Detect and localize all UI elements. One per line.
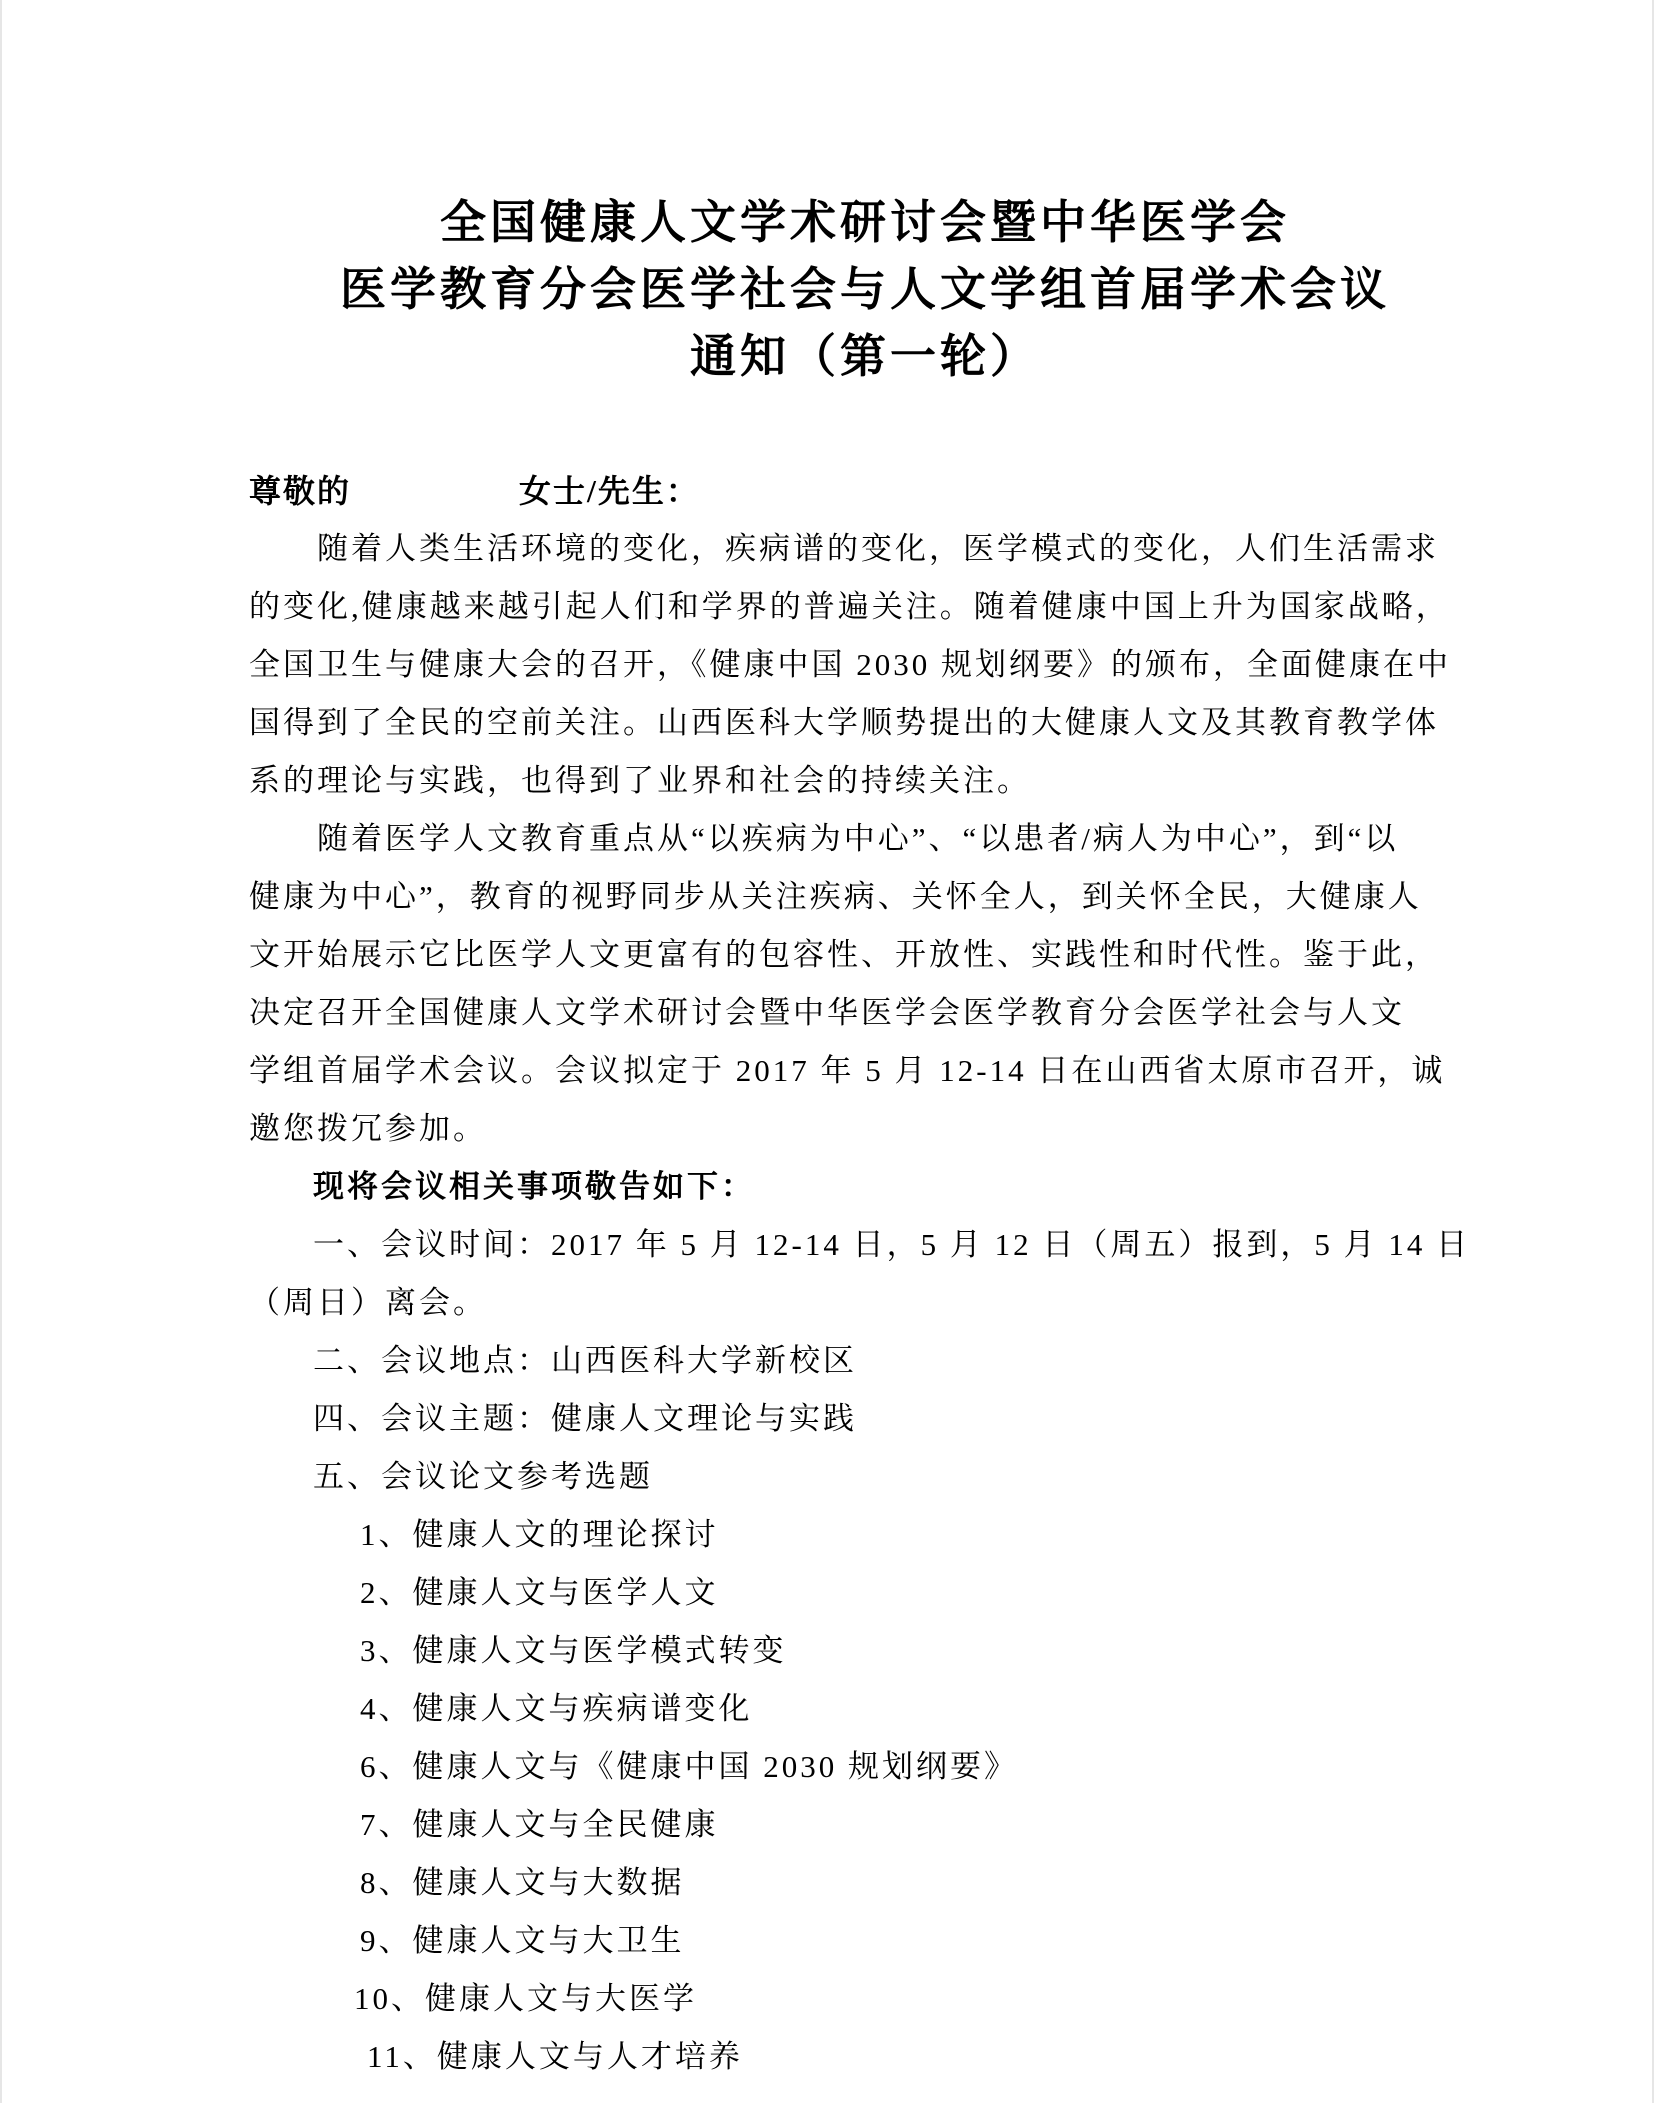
paragraph-2-line: 学组首届学术会议。会议拟定于 2017 年 5 月 12-14 日在山西省太原市… — [249, 1042, 1481, 1100]
topic-item-6: 6、健康人文与《健康中国 2030 规划纲要》 — [249, 1738, 1481, 1796]
salutation-line: 尊敬的女士/先生： — [249, 462, 1481, 520]
agenda-item-venue: 二、会议地点：山西医科大学新校区 — [249, 1332, 1481, 1390]
topic-item-1: 1、健康人文的理论探讨 — [249, 1506, 1481, 1564]
topic-item-3: 3、健康人文与医学模式转变 — [249, 1622, 1481, 1680]
agenda-list: 一、会议时间：2017 年 5 月 12-14 日，5 月 12 日（周五）报到… — [249, 1216, 1481, 1506]
salutation-suffix: 女士/先生： — [519, 473, 700, 509]
topic-item-9: 9、健康人文与大卫生 — [249, 1912, 1481, 1970]
topic-item-7: 7、健康人文与全民健康 — [249, 1796, 1481, 1854]
topic-item-10: 10、健康人文与大医学 — [249, 1970, 1481, 2028]
document-content: 全国健康人文学术研讨会暨中华医学会 医学教育分会医学社会与人文学组首届学术会议 … — [0, 0, 1654, 2086]
agenda-item-topics-header: 五、会议论文参考选题 — [249, 1448, 1481, 1506]
topic-item-4: 4、健康人文与疾病谱变化 — [249, 1680, 1481, 1738]
paragraph-1-line: 全国卫生与健康大会的召开，《健康中国 2030 规划纲要》的颁布，全面健康在中 — [249, 636, 1481, 694]
paragraph-1-line: 的变化,健康越来越引起人们和学界的普遍关注。随着健康中国上升为国家战略， — [249, 578, 1481, 636]
title-line-1: 全国健康人文学术研讨会暨中华医学会 — [249, 189, 1481, 256]
topic-item-8: 8、健康人文与大数据 — [249, 1854, 1481, 1912]
paragraph-1-line: 随着人类生活环境的变化，疾病谱的变化，医学模式的变化，人们生活需求 — [249, 520, 1481, 578]
paragraph-2: 随着医学人文教育重点从“以疾病为中心”、“以患者/病人为中心”，到“以 健康为中… — [249, 810, 1481, 1158]
document-page: 全国健康人文学术研讨会暨中华医学会 医学教育分会医学社会与人文学组首届学术会议 … — [0, 0, 1654, 2103]
salutation-prefix: 尊敬的 — [249, 473, 351, 509]
agenda-item-time-line-1: 一、会议时间：2017 年 5 月 12-14 日，5 月 12 日（周五）报到… — [249, 1216, 1481, 1274]
title-line-3: 通知（第一轮） — [249, 323, 1481, 390]
topics-list: 1、健康人文的理论探讨 2、健康人文与医学人文 3、健康人文与医学模式转变 4、… — [249, 1506, 1481, 2086]
topic-item-2: 2、健康人文与医学人文 — [249, 1564, 1481, 1622]
title-line-2: 医学教育分会医学社会与人文学组首届学术会议 — [249, 256, 1481, 323]
paragraph-2-line: 文开始展示它比医学人文更富有的包容性、开放性、实践性和时代性。鉴于此， — [249, 926, 1481, 984]
agenda-item-theme: 四、会议主题：健康人文理论与实践 — [249, 1390, 1481, 1448]
paragraph-1: 随着人类生活环境的变化，疾病谱的变化，医学模式的变化，人们生活需求 的变化,健康… — [249, 520, 1481, 810]
scan-edge-artifact-left — [0, 0, 2, 2103]
notice-header: 现将会议相关事项敬告如下： — [249, 1158, 1481, 1216]
paragraph-2-line: 健康为中心”，教育的视野同步从关注疾病、关怀全人，到关怀全民，大健康人 — [249, 868, 1481, 926]
salutation-name-blank — [351, 501, 519, 502]
paragraph-2-line: 决定召开全国健康人文学术研讨会暨中华医学会医学教育分会医学社会与人文 — [249, 984, 1481, 1042]
topic-item-11: 11、健康人文与人才培养 — [249, 2028, 1481, 2086]
paragraph-1-line: 系的理论与实践，也得到了业界和社会的持续关注。 — [249, 752, 1481, 810]
paragraph-2-line: 随着医学人文教育重点从“以疾病为中心”、“以患者/病人为中心”，到“以 — [249, 810, 1481, 868]
paragraph-1-line: 国得到了全民的空前关注。山西医科大学顺势提出的大健康人文及其教育教学体 — [249, 694, 1481, 752]
paragraph-2-line: 邀您拨冗参加。 — [249, 1100, 1481, 1158]
document-title: 全国健康人文学术研讨会暨中华医学会 医学教育分会医学社会与人文学组首届学术会议 … — [249, 0, 1481, 390]
agenda-item-time-line-2: （周日）离会。 — [249, 1274, 1481, 1332]
